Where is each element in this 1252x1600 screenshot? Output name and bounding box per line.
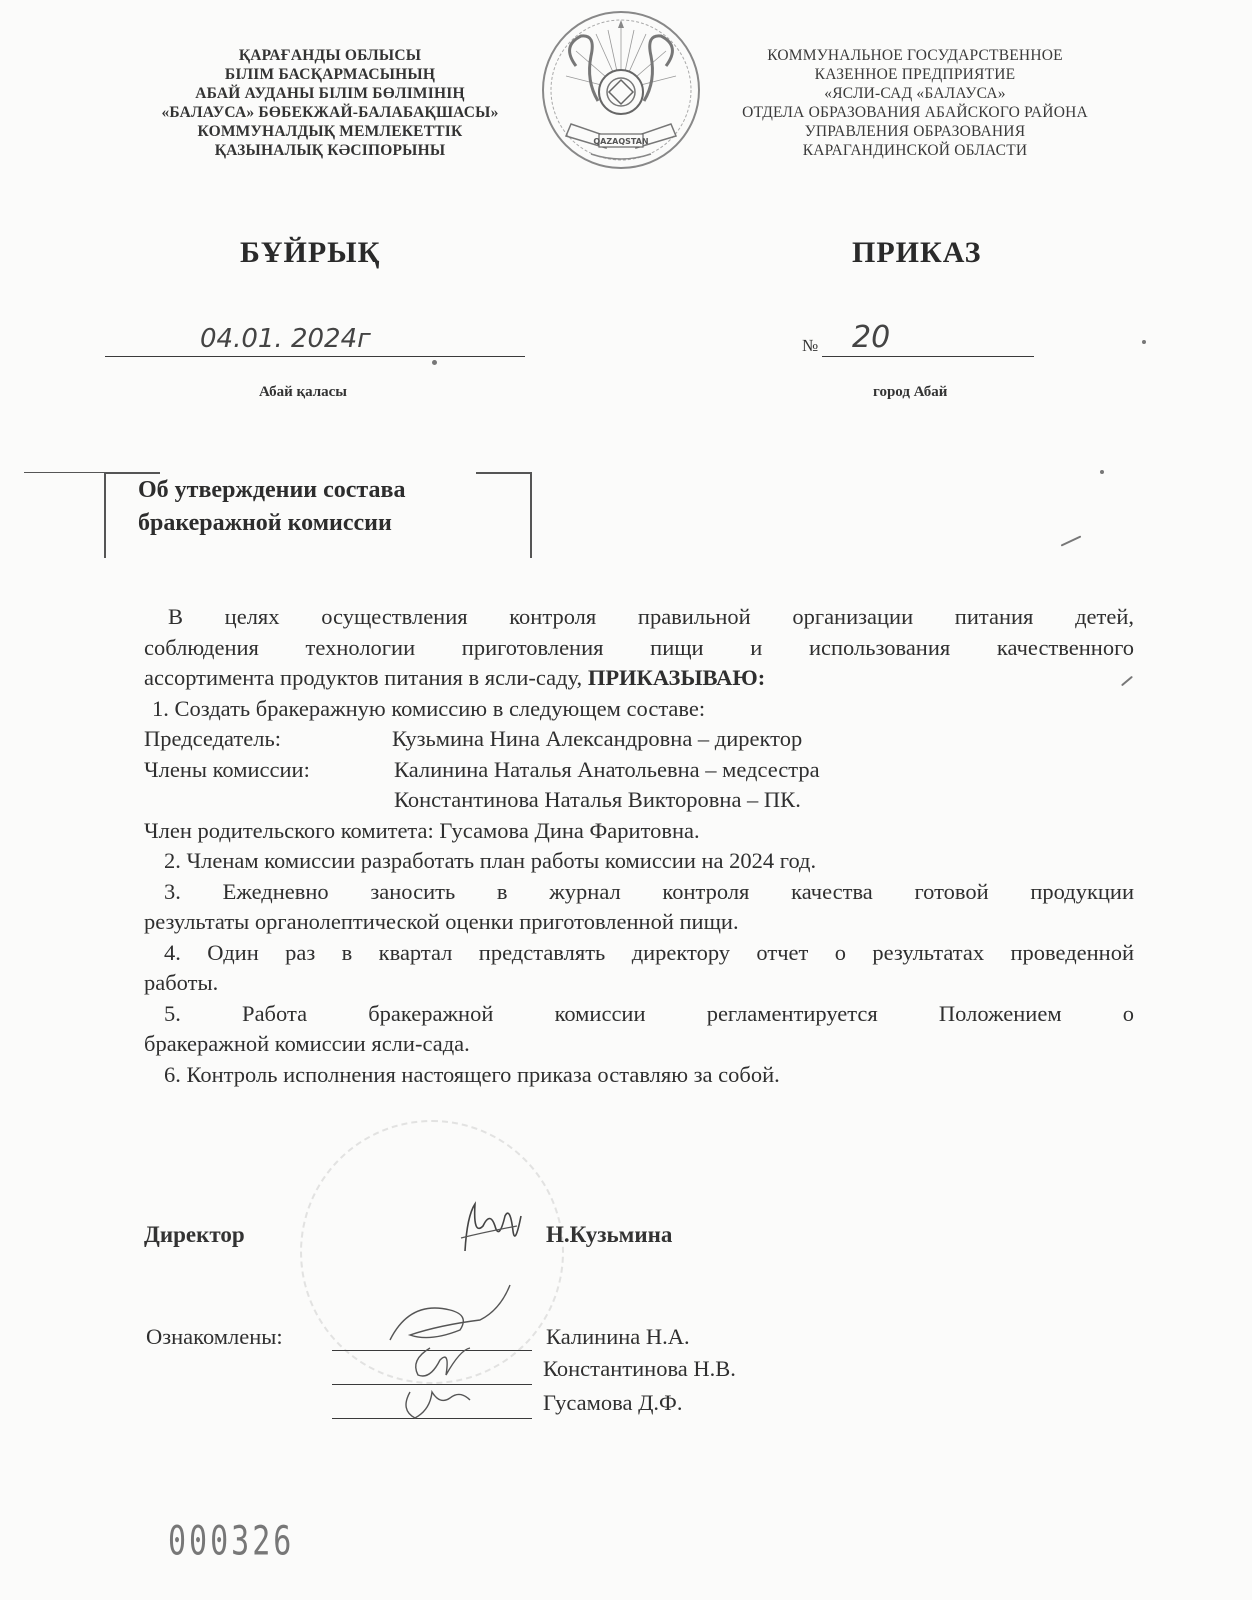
item-3-line-2: результаты органолептической оценки приг… xyxy=(144,907,1134,938)
preamble-text: ассортимента продуктов питания в ясли-са… xyxy=(144,665,582,690)
acquainted-name-1: Калинина Н.А. xyxy=(546,1324,690,1350)
members-label: Члены комиссии: xyxy=(144,755,394,786)
scan-speck xyxy=(1100,470,1104,474)
order-number: 20 xyxy=(852,320,890,355)
order-keyword: ПРИКАЗЫВАЮ: xyxy=(588,665,765,690)
item-4-line-2: работы. xyxy=(144,968,1134,999)
state-emblem-icon: QAZAQSTAN xyxy=(536,6,706,174)
header-kz-line: АБАЙ АУДАНЫ БІЛІМ БӨЛІМІНІҢ xyxy=(130,84,530,103)
item-2: 2. Членам комиссии разработать план рабо… xyxy=(144,846,1134,877)
title-russian: ПРИКАЗ xyxy=(852,236,982,270)
director-label: Директор xyxy=(144,1222,245,1248)
parent-committee-member: Член родительского комитета: Гусамова Ди… xyxy=(144,816,1134,847)
acquainted-label: Ознакомлены: xyxy=(146,1324,283,1350)
preamble-line-2: соблюдения технологии приготовления пищи… xyxy=(144,633,1134,664)
header-ru-line: «ЯСЛИ-САД «БАЛАУСА» xyxy=(705,84,1125,103)
item-3-line-1: 3. Ежедневно заносить в журнал контроля … xyxy=(144,877,1134,908)
header-ru-line: КАЗЕННОЕ ПРЕДПРИЯТИЕ xyxy=(705,65,1125,84)
subject-line-2: бракеражной комиссии xyxy=(138,507,405,540)
subject-left-rule xyxy=(24,472,104,473)
subject-line-1: Об утверждении состава xyxy=(138,474,405,507)
header-ru-line: КОММУНАЛЬНОЕ ГОСУДАРСТВЕННОЕ xyxy=(705,46,1125,65)
city-kazakh: Абай қаласы xyxy=(259,384,347,401)
order-date: 04.01. 2024г xyxy=(200,324,371,354)
item-4-line-1: 4. Один раз в квартал представлять дирек… xyxy=(144,938,1134,969)
members-row: Члены комиссии: Калинина Наталья Анатоль… xyxy=(144,755,1134,786)
scan-speck xyxy=(432,360,437,365)
director-name: Н.Кузьмина xyxy=(546,1222,672,1248)
header-kz-line: ҚАРАҒАНДЫ ОБЛЫСЫ xyxy=(130,46,530,65)
acquainted-name-2: Константинова Н.В. xyxy=(543,1356,736,1382)
chairman-value: Кузьмина Нина Александровна – директор xyxy=(392,724,802,755)
item-5-line-2: бракеражной комиссии ясли-сада. xyxy=(144,1029,1134,1060)
city-russian: город Абай xyxy=(873,384,947,401)
scan-speck xyxy=(1061,535,1082,546)
title-kazakh: БҰЙРЫҚ xyxy=(240,236,380,270)
acquainted-name-3: Гусамова Д.Ф. xyxy=(543,1390,682,1416)
item-6: 6. Контроль исполнения настоящего приказ… xyxy=(144,1060,1134,1091)
header-ru-line: КАРАГАНДИНСКОЙ ОБЛАСТИ xyxy=(705,141,1125,160)
director-signature-icon xyxy=(455,1196,535,1271)
order-subject: Об утверждении состава бракеражной комис… xyxy=(138,474,405,540)
item-5-line-1: 5. Работа бракеражной комиссии регламент… xyxy=(144,999,1134,1030)
member-1: Калинина Наталья Анатольевна – медсестра xyxy=(394,755,820,786)
staff-signatures-icon xyxy=(370,1280,540,1435)
header-kz-line: ҚАЗЫНАЛЫҚ КӘСІПОРЫНЫ xyxy=(130,141,530,160)
number-label: № xyxy=(802,336,818,356)
header-kz-line: «БАЛАУСА» БӨБЕКЖАЙ-БАЛАБАҚШАСЫ» xyxy=(130,103,530,122)
header-ru-line: УПРАВЛЕНИЯ ОБРАЗОВАНИЯ xyxy=(705,122,1125,141)
header-kz-line: КОММУНАЛДЫҚ МЕМЛЕКЕТТІК xyxy=(130,122,530,141)
chairman-row: Председатель: Кузьмина Нина Александровн… xyxy=(144,724,1134,755)
emblem-text: QAZAQSTAN xyxy=(593,137,648,146)
serial-number: 000326 xyxy=(168,1518,294,1565)
date-underline xyxy=(105,356,525,357)
preamble-line-1: В целях осуществления контроля правильно… xyxy=(144,602,1134,633)
preamble-line-3: ассортимента продуктов питания в ясли-са… xyxy=(144,663,1134,694)
chairman-label: Председатель: xyxy=(144,724,392,755)
item-1: 1. Создать бракеражную комиссию в следую… xyxy=(144,694,1134,725)
order-body: В целях осуществления контроля правильно… xyxy=(144,602,1134,1090)
header-kz-line: БІЛІМ БАСҚАРМАСЫНЫҢ xyxy=(130,65,530,84)
header-kazakh-org: ҚАРАҒАНДЫ ОБЛЫСЫ БІЛІМ БАСҚАРМАСЫНЫҢ АБА… xyxy=(130,46,530,160)
header-ru-line: ОТДЕЛА ОБРАЗОВАНИЯ АБАЙСКОГО РАЙОНА xyxy=(705,103,1125,122)
member-2: Константинова Наталья Викторовна – ПК. xyxy=(144,785,1134,816)
scan-speck xyxy=(1142,340,1146,344)
header-russian-org: КОММУНАЛЬНОЕ ГОСУДАРСТВЕННОЕ КАЗЕННОЕ ПР… xyxy=(705,46,1125,160)
number-underline xyxy=(822,356,1034,357)
